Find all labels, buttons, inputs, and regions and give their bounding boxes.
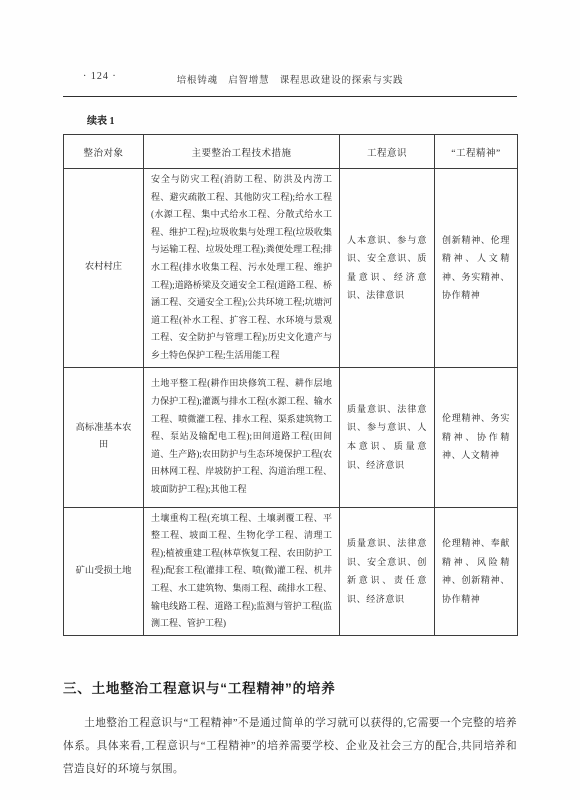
cell-spirit: 创新精神、伦理精神、人文精神、务实精神、协作精神: [435, 169, 518, 368]
cell-object: 农村村庄: [64, 169, 144, 368]
cell-spirit: 伦理精神、奉献精神、风险精神、创新精神、协作精神: [435, 507, 518, 635]
cell-measures: 安全与防灾工程(消防工程、防洪及内涝工程、避灾疏散工程、其他防灾工程);给水工程…: [144, 169, 340, 368]
table-row-farmland: 高标准基本农田 土地平整工程(耕作田块修筑工程、耕作层地力保护工程);灌溉与排水…: [64, 367, 518, 507]
running-head: · 124 · 培根铸魂 启智增慧 课程思政建设的探索与实践: [63, 0, 517, 97]
cell-spirit: 伦理精神、务实精神、协作精神、人文精神: [435, 367, 518, 507]
body-paragraph: 土地整治工程意识与“工程精神”不是通过简单的学习就可以获得的,它需要一个完整的培…: [63, 712, 517, 781]
table-row-rural-village: 农村村庄 安全与防灾工程(消防工程、防洪及内涝工程、避灾疏散工程、其他防灾工程)…: [64, 169, 518, 368]
table-header-row: 整治对象 主要整治工程技术措施 工程意识 “工程精神”: [64, 135, 518, 169]
column-header-spirit: “工程精神”: [435, 135, 518, 169]
column-header-consciousness: 工程意识: [340, 135, 435, 169]
cell-consciousness: 人本意识、参与意识、安全意识、质量意识、经济意识、法律意识: [340, 169, 435, 368]
column-header-object: 整治对象: [64, 135, 144, 169]
cell-measures: 土壤重构工程(充填工程、土壤剥覆工程、平整工程、坡面工程、生物化学工程、清理工程…: [144, 507, 340, 635]
section-heading: 三、土地整治工程意识与“工程精神”的培养: [63, 677, 517, 697]
column-header-measures: 主要整治工程技术措施: [144, 135, 340, 169]
remediation-table: 整治对象 主要整治工程技术措施 工程意识 “工程精神” 农村村庄 安全与防灾工程…: [63, 134, 518, 636]
table-row-damaged-mine-land: 矿山受损土地 土壤重构工程(充填工程、土壤剥覆工程、平整工程、坡面工程、生物化学…: [64, 507, 518, 635]
page-content: · 124 · 培根铸魂 启智增慧 课程思政建设的探索与实践 续表 1 整治对象…: [63, 0, 517, 781]
cell-consciousness: 质量意识、法律意识、参与意识、人本意识、质量意识、经济意识: [340, 367, 435, 507]
cell-measures: 土地平整工程(耕作田块修筑工程、耕作层地力保护工程);灌溉与排水工程(水源工程、…: [144, 367, 340, 507]
cell-object: 高标准基本农田: [64, 367, 144, 507]
cell-object: 矿山受损土地: [64, 507, 144, 635]
book-page: · 124 · 培根铸魂 启智增慧 课程思政建设的探索与实践 续表 1 整治对象…: [0, 0, 580, 800]
table-caption: 续表 1: [87, 112, 517, 127]
book-title: 培根铸魂 启智增慧 课程思政建设的探索与实践: [63, 72, 517, 86]
cell-consciousness: 质量意识、法律意识、安全意识、创新意识、责任意识、经济意识: [340, 507, 435, 635]
